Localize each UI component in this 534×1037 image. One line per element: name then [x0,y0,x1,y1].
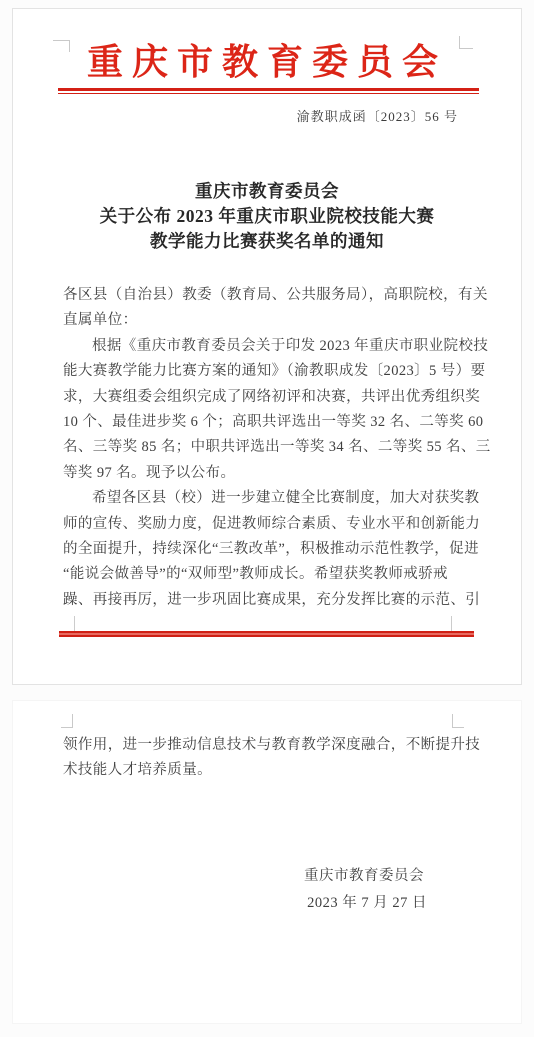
body-line: 希望各区县（校）进一步建立健全比赛制度，加大对获奖教 [63,486,477,511]
body-line: 根据《重庆市教育委员会关于印发 2023 年重庆市职业院校技 [63,334,477,359]
notice-title: 重庆市教育委员会 关于公布 2023 年重庆市职业院校技能大赛 教学能力比赛获奖… [13,179,521,254]
body-text-page2: 领作用，进一步推动信息技术与教育教学深度融合，不断提升技 术技能人才培养质量。 [63,733,477,784]
footer-separator-line [59,631,474,637]
page-1: 重庆市教育委员会 渝教职成函〔2023〕56 号 重庆市教育委员会 关于公布 2… [12,8,522,685]
body-line: 名、三等奖 85 名；中职共评选出一等奖 34 名、二等奖 55 名、三 [63,435,477,460]
corner-mark-icon [74,616,76,631]
body-line: 10 个、最佳进步奖 6 个；高职共评选出一等奖 32 名、二等奖 60 [63,410,477,435]
body-line: 各区县（自治县）教委（教育局、公共服务局），高职院校，有关 [63,283,477,308]
body-line: 求，大赛组委会组织完成了网络初评和决赛，共评出优秀组织奖 [63,385,477,410]
signature-date: 2023 年 7 月 27 日 [307,891,427,912]
body-line: 的全面提升，持续深化“三教改革”，积极推动示范性教学，促进 [63,537,477,562]
body-line: 直属单位： [63,308,477,333]
body-line: 能大赛教学能力比赛方案的通知》（渝教职成发〔2023〕5 号）要 [63,359,477,384]
document-scan: 重庆市教育委员会 渝教职成函〔2023〕56 号 重庆市教育委员会 关于公布 2… [0,0,534,1037]
body-line: “能说会做善导”的“双师型”教师成长。希望获奖教师戒骄戒 [63,562,477,587]
notice-title-line: 关于公布 2023 年重庆市职业院校技能大赛 [13,204,521,229]
body-line: 术技能人才培养质量。 [63,758,477,783]
signature-agency: 重庆市教育委员会 [304,864,424,885]
body-line: 师的宣传、奖励力度，促进教师综合素质、专业水平和创新能力 [63,512,477,537]
body-line: 等奖 97 名。现予以公布。 [63,461,477,486]
notice-title-line: 重庆市教育委员会 [13,179,521,204]
corner-mark-icon [61,714,73,728]
corner-mark-icon [452,714,464,728]
page-2: 领作用，进一步推动信息技术与教育教学深度融合，不断提升技 术技能人才培养质量。 … [12,700,522,1024]
letterhead-agency-name: 重庆市教育委员会 [13,34,521,85]
body-text-page1: 各区县（自治县）教委（教育局、公共服务局），高职院校，有关 直属单位： 根据《重… [63,283,477,613]
corner-mark-icon [451,616,453,631]
body-line: 躁、再接再厉，进一步巩固比赛成果，充分发挥比赛的示范、引 [63,588,477,613]
document-number: 渝教职成函〔2023〕56 号 [297,106,458,125]
notice-title-line: 教学能力比赛获奖名单的通知 [13,229,521,254]
letterhead-separator-line [58,88,479,94]
body-line: 领作用，进一步推动信息技术与教育教学深度融合，不断提升技 [63,733,477,758]
